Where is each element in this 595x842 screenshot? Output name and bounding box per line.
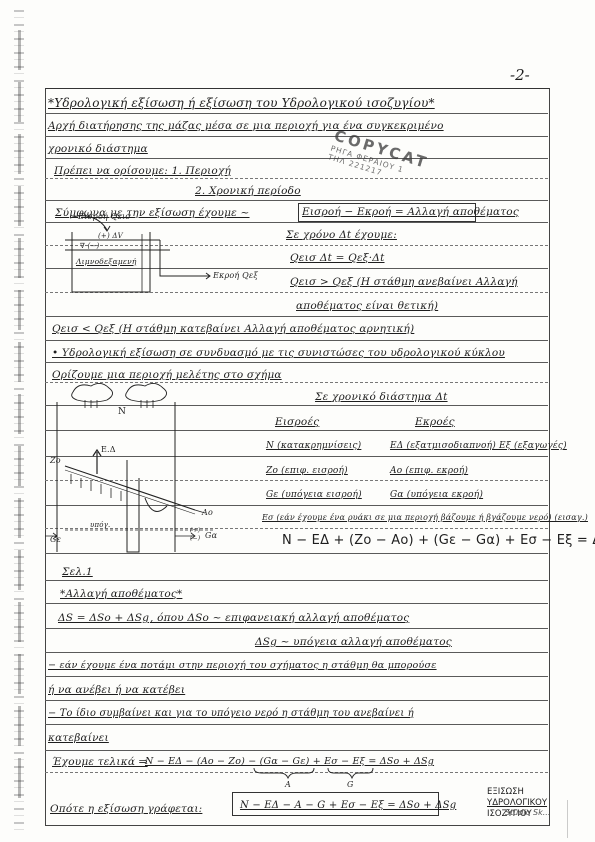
label-ge: Gε xyxy=(50,535,61,544)
outflow-row: ΕΔ (εξατμισοδιαπνοή) Εξ (εξαγωγές) xyxy=(390,441,567,451)
section-label: Σελ.1 xyxy=(62,566,93,578)
catchment-diagram xyxy=(45,380,245,555)
final-equation: Ν − ΕΔ − (Αο − Zο) − (Gα − Gε) + Εσ − Εξ… xyxy=(145,756,434,767)
qeis-less: Qεισ < Qεξ (Η στάθμη κατεβαίνει Αλλαγή α… xyxy=(52,323,414,335)
binding-edge xyxy=(18,30,21,810)
eq-qeis: Qεισ Δt = Qεξ·Δt xyxy=(290,252,385,264)
same-line-2: κατεβαίνει xyxy=(48,732,109,744)
delta-sg: ΔSg ~ υπόγεια αλλαγή αποθέματος xyxy=(255,636,452,648)
intro-line-1: Αρχή διατήρησης της μάζας μέσα σε μια πε… xyxy=(48,120,444,132)
label-minus: (−) xyxy=(190,535,200,542)
in-time: Σε χρόνο Δt έχουμε: xyxy=(286,229,397,241)
minus-label: ∇ (−) xyxy=(80,242,99,250)
qeis-greater: Qεισ > Qεξ (Η στάθμη ανεβαίνει Αλλαγή xyxy=(290,276,518,288)
must-define: Πρέπει να ορίσουμε: 1. Περιοχή xyxy=(54,165,231,177)
label-n: N xyxy=(118,407,126,417)
inflows-header: Εισροές xyxy=(275,416,319,428)
outflow-label: Εκροή Qεξ xyxy=(213,271,258,280)
rule xyxy=(45,724,548,725)
rule xyxy=(45,316,548,317)
full-equation: N − ΕΔ + (Zο − Αο) + (Gε − Gα) + Εσ − Εξ… xyxy=(282,533,595,548)
boxed-equation: Εισροή − Εκροή = Αλλαγή αποθέματος xyxy=(302,206,519,218)
delta-s: ΔS = ΔSο + ΔSg xyxy=(58,612,149,624)
rule xyxy=(45,136,548,137)
rule xyxy=(45,113,548,114)
side-label-line: ΕΞΙΣΩΣΗ xyxy=(487,787,547,798)
outflow-row: Gα (υπόγεια εκροή) xyxy=(390,490,483,500)
rule xyxy=(45,676,548,677)
label-ga: Gα xyxy=(205,531,217,540)
label-plus: (+) xyxy=(190,527,200,534)
rule xyxy=(45,340,548,341)
edge-mark xyxy=(567,800,582,838)
where-text: , όπου ΔSο ~ επιφανειακή αλλαγή αποθέματ… xyxy=(150,612,409,624)
rule xyxy=(45,580,548,581)
bullet-hydro: • Υδρολογική εξίσωση σε συνδυασμό με τις… xyxy=(52,347,505,359)
rule xyxy=(45,158,548,159)
same-line-1: − Το ίδιο συμβαίνει και για το υπόγειο ν… xyxy=(48,708,414,719)
intro-line-2: χρονικό διάστημα xyxy=(48,143,148,155)
time-interval: Σε χρονικό διάστημα Δt xyxy=(315,391,448,403)
inflow-row: Εσ (εάν έχουμε ένα ρυάκι σε μια περιοχή … xyxy=(262,513,588,522)
page-number: -2- xyxy=(510,66,530,84)
boxed-final-equation: Ν − ΕΔ − Α − G + Εσ − Εξ = ΔSο + ΔSg xyxy=(240,800,456,811)
inflow-row: Zο (επιφ. εισροή) xyxy=(266,466,348,476)
underbraces xyxy=(250,768,380,782)
river-line-2: ή να ανέβει ή να κατέβει xyxy=(48,684,185,696)
must-define-2: 2. Χρονική περίοδο xyxy=(195,185,301,197)
storage-title: *Αλλαγή αποθέματος* xyxy=(60,588,182,600)
studio-mark: Studio Sk... xyxy=(505,808,550,817)
brace-g: G xyxy=(347,780,354,789)
brace-a: Α xyxy=(285,780,291,789)
rule xyxy=(45,700,548,701)
title: *Υδρολογική εξίσωση ή εξίσωση του Υδρολο… xyxy=(48,96,435,110)
rule xyxy=(45,178,548,179)
label-ao: Αο xyxy=(202,508,213,517)
label-aquifer: υπόγ. xyxy=(90,521,110,529)
label-zo: Zο xyxy=(50,456,61,465)
reservoir-diagram xyxy=(60,210,260,300)
reservoir-label: Λιμνοδεξαμενή xyxy=(76,257,137,266)
rule xyxy=(45,603,548,604)
outflow-row: Αο (επιφ. εκροή) xyxy=(390,466,468,476)
qeis-greater-2: αποθέματος είναι θετική) xyxy=(296,300,438,312)
rule xyxy=(45,362,548,363)
label-ed: Ε.Δ xyxy=(101,445,116,454)
rule xyxy=(45,750,548,751)
inflow-row: Gε (υπόγεια εισροή) xyxy=(266,490,362,500)
inflow-row: N (κατακρημνίσεις) xyxy=(266,441,361,451)
rule xyxy=(45,652,548,653)
inflow-label: Εισροή Qεισ xyxy=(78,212,131,221)
plus-dv-label: (+) ΔV xyxy=(98,232,123,240)
river-line-1: − εάν έχουμε ένα ποτάμι στην περιοχή του… xyxy=(48,660,437,671)
finally-text: Έχουμε τελικά ⇒ xyxy=(52,756,148,768)
outflows-header: Εκροές xyxy=(415,416,455,428)
rule xyxy=(45,628,548,629)
rule xyxy=(45,200,548,201)
written-as: Οπότε η εξίσωση γράφεται: xyxy=(50,803,202,815)
